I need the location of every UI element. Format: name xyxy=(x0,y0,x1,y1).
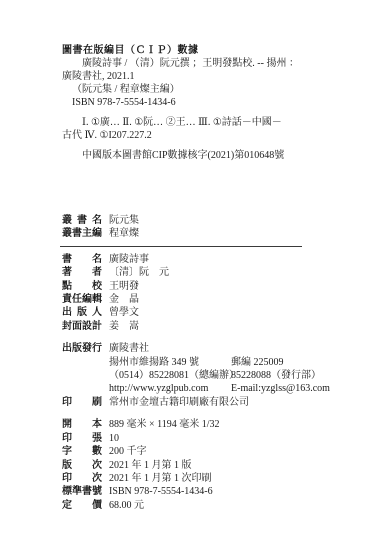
label-sheets: 印張 xyxy=(62,432,102,445)
value-author: 〔清〕阮 元 xyxy=(109,266,169,279)
label-responsible-editor: 責任編輯 xyxy=(62,293,102,306)
row-series-name: 叢書名 阮元集 xyxy=(62,214,330,227)
cip-series-note: （阮元集 / 程章燦主編） xyxy=(62,83,330,96)
row-price: 定價 68.00 元 xyxy=(62,499,330,512)
publishing-section: 出版發行 廣陵書社 揚州市維揚路 349 號 郵編 225009 （0514）8… xyxy=(62,342,330,409)
label-publisher: 出版發行 xyxy=(62,342,102,355)
label-edition: 版次 xyxy=(62,459,102,472)
cip-entry-line-2: 廣陵書社, 2021.1 xyxy=(62,70,330,83)
row-publisher: 出版發行 廣陵書社 xyxy=(62,342,330,355)
row-isbn: 標準書號 ISBN 978-7-5554-1434-6 xyxy=(62,485,330,498)
label-series-name: 叢書名 xyxy=(62,214,102,227)
colophon: 叢書名 阮元集 叢書主編 程章燦 書名 廣陵詩事 著者 〔清〕阮 元 點校 王明… xyxy=(62,214,330,512)
row-printer: 印刷 常州市金壇古籍印刷廠有限公司 xyxy=(62,396,330,409)
value-series-name: 阮元集 xyxy=(109,214,139,227)
cip-record-number: 中國版本圖書館CIP數據核字(2021)第010648號 xyxy=(62,149,330,162)
publisher-address-row: 揚州市維揚路 349 號 郵編 225009 xyxy=(109,356,330,369)
value-isbn: ISBN 978-7-5554-1434-6 xyxy=(109,485,213,498)
label-price: 定價 xyxy=(62,499,102,512)
value-word-count: 200 千字 xyxy=(109,445,147,458)
publisher-address: 揚州市維揚路 349 號 xyxy=(109,356,231,369)
row-sheets: 印張 10 xyxy=(62,432,330,445)
label-impression: 印次 xyxy=(62,472,102,485)
label-publisher-person: 出版人 xyxy=(62,306,102,319)
label-proofreader: 點校 xyxy=(62,280,102,293)
cip-classification-line-1: Ⅰ. ①廣… Ⅱ. ①阮… ②王… Ⅲ. ①詩話－中國－ xyxy=(62,116,330,129)
value-publisher-person: 曾學文 xyxy=(109,306,139,319)
value-series-editor: 程章燦 xyxy=(109,227,139,240)
cip-block: 圖書在版編目（ＣＩＰ）數據 廣陵詩事 / （清）阮元撰 ；王明發點校. -- 揚… xyxy=(0,0,330,162)
value-price: 68.00 元 xyxy=(109,499,144,512)
label-printer: 印刷 xyxy=(62,396,102,409)
value-sheets: 10 xyxy=(109,432,119,445)
publisher-web-row: http://www.yzglpub.com E-mail:yzglss@163… xyxy=(109,382,330,395)
row-cover-design: 封面設計 姜 嵩 xyxy=(62,320,330,333)
row-series-editor: 叢書主編 程章燦 xyxy=(62,227,330,240)
value-book-title: 廣陵詩事 xyxy=(109,253,149,266)
row-format: 開本 889 毫米 × 1194 毫米 1/32 xyxy=(62,418,330,431)
row-book-title: 書名 廣陵詩事 xyxy=(62,253,330,266)
value-publisher: 廣陵書社 xyxy=(109,342,149,355)
value-cover-design: 姜 嵩 xyxy=(109,320,139,333)
cip-isbn: ISBN 978-7-5554-1434-6 xyxy=(62,96,330,109)
value-responsible-editor: 金 晶 xyxy=(109,293,139,306)
series-section: 叢書名 阮元集 叢書主編 程章燦 xyxy=(62,214,330,241)
label-cover-design: 封面設計 xyxy=(62,320,102,333)
cip-entry-line-1: 廣陵詩事 / （清）阮元撰 ；王明發點校. -- 揚州 ： xyxy=(62,57,330,70)
row-impression: 印次 2021 年 1 月第 1 次印刷 xyxy=(62,472,330,485)
cip-heading: 圖書在版編目（ＣＩＰ）數據 xyxy=(62,44,330,57)
publisher-phone-distribution: 85228088（發行部） xyxy=(231,369,321,382)
row-word-count: 字數 200 千字 xyxy=(62,445,330,458)
specs-section: 開本 889 毫米 × 1194 毫米 1/32 印張 10 字數 200 千字… xyxy=(62,418,330,512)
publisher-postcode: 郵編 225009 xyxy=(231,356,284,369)
row-publisher-person: 出版人 曾學文 xyxy=(62,306,330,319)
value-printer: 常州市金壇古籍印刷廠有限公司 xyxy=(109,396,249,409)
book-info-section: 書名 廣陵詩事 著者 〔清〕阮 元 點校 王明發 責任編輯 金 晶 出版人 曾學… xyxy=(62,253,330,333)
publisher-email: E-mail:yzglss@163.com xyxy=(231,382,330,395)
publisher-phones-row: （0514）85228081（總編辦） 85228088（發行部） xyxy=(109,369,330,382)
row-edition: 版次 2021 年 1 月第 1 版 xyxy=(62,459,330,472)
publisher-phone-editorial: （0514）85228081（總編辦） xyxy=(109,369,231,382)
copyright-page: 圖書在版編目（ＣＩＰ）數據 廣陵詩事 / （清）阮元撰 ；王明發點校. -- 揚… xyxy=(0,0,375,542)
label-author: 著者 xyxy=(62,266,102,279)
value-proofreader: 王明發 xyxy=(109,280,139,293)
value-edition: 2021 年 1 月第 1 版 xyxy=(109,459,192,472)
label-format: 開本 xyxy=(62,418,102,431)
cip-classification-line-2: 古代 Ⅳ. ①I207.227.2 xyxy=(62,129,330,142)
row-proofreader: 點校 王明發 xyxy=(62,280,330,293)
label-series-editor: 叢書主編 xyxy=(62,227,102,240)
publisher-website: http://www.yzglpub.com xyxy=(109,382,231,395)
label-word-count: 字數 xyxy=(62,445,102,458)
label-book-title: 書名 xyxy=(62,253,102,266)
row-responsible-editor: 責任編輯 金 晶 xyxy=(62,293,330,306)
value-format: 889 毫米 × 1194 毫米 1/32 xyxy=(109,418,220,431)
divider xyxy=(60,246,302,247)
row-author: 著者 〔清〕阮 元 xyxy=(62,266,330,279)
label-isbn: 標準書號 xyxy=(62,485,102,498)
value-impression: 2021 年 1 月第 1 次印刷 xyxy=(109,472,212,485)
